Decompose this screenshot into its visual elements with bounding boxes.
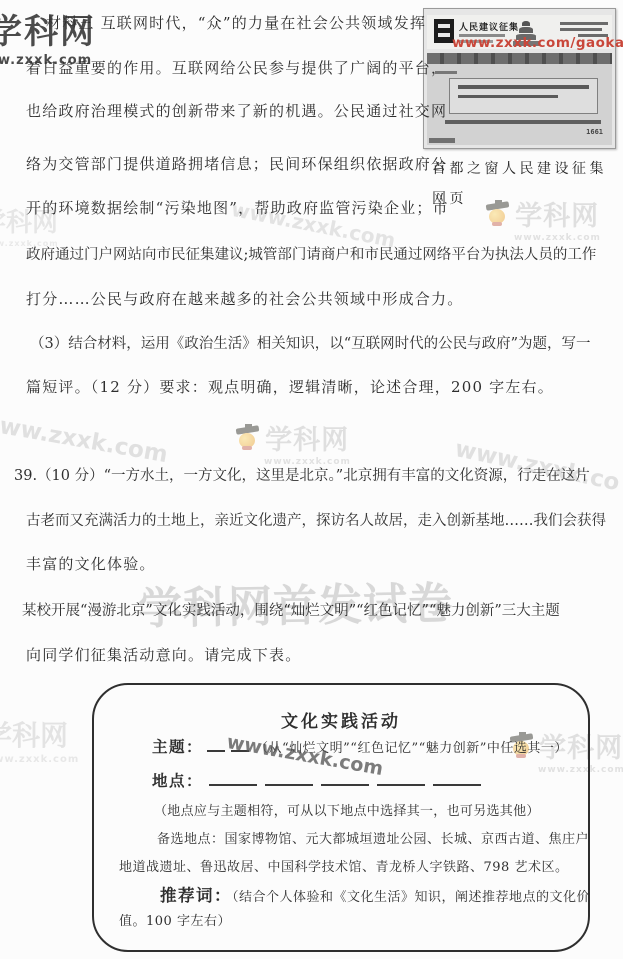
form-box-title: 文化实践活动: [94, 707, 588, 732]
material3-line-5: 开的环境数据绘制“污染地图”，帮助政府监管污染企业；市: [26, 197, 449, 218]
question39-line-1: 39.（10 分）“一方水土，一方文化，这里是北京。”北京拥有丰富的文化资源，行…: [14, 464, 590, 485]
activity-intro-line-1: 某校开展“漫游北京”文化实践活动，围绕“灿烂文明”“红色记忆”“魅力创新”三大主…: [22, 599, 560, 620]
zxxk-logo-watermark-right: 学科网 www.zxxk.com: [486, 194, 601, 243]
question39-line-3: 丰富的文化体验。: [26, 553, 156, 574]
news-header-textblock: [560, 19, 608, 40]
question3-line-1: （3）结合材料，运用《政治生活》相关知识，以“互联网时代的公民与政府”为题，写一: [30, 332, 591, 353]
news-nav-bar: [427, 53, 612, 64]
recommend-row: 推荐词：（结合个人体验和《文化生活》知识，阐述推荐地点的文化价: [160, 882, 590, 906]
options-line-1: 备选地点：国家博物馆、元大都城垣遗址公园、长城、京西古道、焦庄户: [157, 828, 589, 847]
news-content-area: 1661: [427, 64, 612, 145]
zxxk-mascot-icon: [236, 424, 260, 452]
material3-line-3: 也给政府治理模式的创新带来了新的机遇。公民通过社交网: [26, 100, 447, 121]
news-notice-box: [449, 78, 598, 114]
news-text-row: [445, 120, 601, 124]
zxxk-url-watermark-left: ww.zxxk.com: [0, 413, 170, 468]
zxxk-logo-watermark-bottomleft: 学科网 www.zxxk.com: [0, 714, 79, 765]
recommend-note-1: （结合个人体验和《文化生活》知识，阐述推荐地点的文化价: [232, 890, 590, 905]
news-header: 人民建议征集: [427, 15, 612, 49]
theme-note: （从“灿烂文明”“红色记忆”“魅力创新”中任选其一）: [255, 741, 568, 756]
news-caption-line1: 首都之窗人民建设征集: [432, 158, 607, 178]
material3-line-4: 络为交管部门提供道路拥堵信息；民间环保组织依据政府公: [26, 153, 447, 174]
news-doc-number: 1661: [586, 128, 603, 136]
material3-line-2: 着日益重要的作用。互联网给公民参与提供了广阔的平台，: [26, 57, 447, 78]
news-webpage-image: 人民建议征集 1661: [423, 8, 616, 149]
news-title-subline: [459, 34, 505, 37]
zxxk-logo-watermark-center: 学科网 www.zxxk.com: [236, 418, 351, 467]
activity-intro-line-2: 向同学们征集活动意向。请完成下表。: [26, 644, 301, 665]
material3-line-1: 材料三 互联网时代，“众”的力量在社会公共领域发挥: [46, 12, 426, 33]
location-label: 地点：: [152, 771, 203, 790]
activity-form-box: 文化实践活动 主题：（从“灿烂文明”“红色记忆”“魅力创新”中任选其一） 地点：…: [92, 683, 590, 952]
zxxk-mascot-icon: [486, 200, 510, 228]
theme-label: 主题：: [152, 737, 203, 756]
location-row: 地点：: [152, 769, 487, 791]
news-footer-bar: [429, 138, 455, 143]
theme-blank-field[interactable]: [207, 739, 249, 752]
location-blank-field[interactable]: [209, 773, 487, 786]
site-logo-icon: [434, 19, 454, 43]
news-title-subline: [459, 40, 493, 43]
material3-line-7: 打分……公民与政府在越来越多的社会公共领域中形成合力。: [26, 288, 463, 309]
news-site-title: 人民建议征集: [459, 20, 519, 33]
location-note: （地点应与主题相符，可从以下地点中选择其一，也可另选其他）: [154, 800, 540, 819]
recommend-label: 推荐词：: [160, 886, 232, 905]
material3-line-6: 政府通过门户网站向市民征集建议;城管部门请商户和市民通过网络平台为执法人员的工作: [26, 243, 596, 264]
options-line-2: 地道战遗址、鲁迅故居、中国科学技术馆、青龙桥人字铁路、798 艺术区。: [119, 856, 568, 875]
question39-line-2: 古老而又充满活力的土地上，亲近文化遗产，探访名人故居，走入创新基地……我们会获得: [26, 509, 606, 530]
theme-row: 主题：（从“灿烂文明”“红色记忆”“魅力创新”中任选其一）: [152, 735, 568, 757]
temple-icon: [513, 21, 539, 47]
recommend-note-2: 值。100 字左右）: [119, 910, 231, 929]
question3-line-2: 篇短评。（12 分）要求：观点明确，逻辑清晰，论述合理，200 字左右。: [26, 376, 554, 397]
exam-scan-page: 学科网 w.zxxk.com 学科网 www.zxxk.com www.zxxk…: [0, 0, 623, 959]
